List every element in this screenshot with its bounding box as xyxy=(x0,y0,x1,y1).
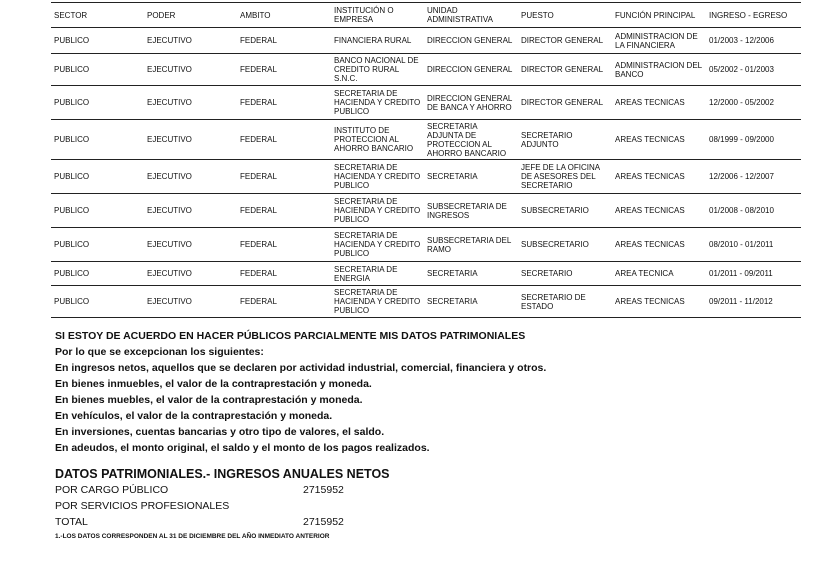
cell-poder: EJECUTIVO xyxy=(144,28,237,54)
cell-poder: EJECUTIVO xyxy=(144,286,237,318)
disclosure-line: En inversiones, cuentas bancarias y otro… xyxy=(55,424,546,440)
cell-unidad: SUBSECRETARIA DEL RAMO xyxy=(424,228,518,262)
cell-institucion: BANCO NACIONAL DE CREDITO RURAL S.N.C. xyxy=(331,54,424,86)
disclosure-line: En bienes inmuebles, el valor de la cont… xyxy=(55,376,546,392)
cell-institucion: SECRETARIA DE ENERGIA xyxy=(331,262,424,286)
cell-puesto: SECRETARIO DE ESTADO xyxy=(518,286,612,318)
cell-sector: PUBLICO xyxy=(51,160,144,194)
cell-poder: EJECUTIVO xyxy=(144,262,237,286)
cell-funcion: AREAS TECNICAS xyxy=(612,286,706,318)
cell-ingreso-egreso: 01/2003 - 12/2006 xyxy=(706,28,801,54)
cell-sector: PUBLICO xyxy=(51,86,144,120)
cell-ambito: FEDERAL xyxy=(237,28,331,54)
disclosure-line: En vehículos, el valor de la contraprest… xyxy=(55,408,546,424)
cell-unidad: SECRETARIA xyxy=(424,286,518,318)
income-row-cargo-publico: POR CARGO PÚBLICO 2715952 xyxy=(55,482,475,498)
cell-funcion: AREAS TECNICAS xyxy=(612,86,706,120)
table-row: PUBLICOEJECUTIVOFEDERALINSTITUTO DE PROT… xyxy=(51,120,801,160)
cell-sector: PUBLICO xyxy=(51,194,144,228)
header-puesto: PUESTO xyxy=(518,3,612,28)
income-label: POR CARGO PÚBLICO xyxy=(55,482,303,498)
cell-institucion: SECRETARIA DE HACIENDA Y CREDITO PUBLICO xyxy=(331,228,424,262)
cell-puesto: SUBSECRETARIO xyxy=(518,228,612,262)
cell-institucion: SECRETARIA DE HACIENDA Y CREDITO PUBLICO xyxy=(331,86,424,120)
cell-ambito: FEDERAL xyxy=(237,286,331,318)
header-unidad: UNIDAD ADMINISTRATIVA xyxy=(424,3,518,28)
cell-sector: PUBLICO xyxy=(51,262,144,286)
cell-unidad: SECRETARIA ADJUNTA DE PROTECCION AL AHOR… xyxy=(424,120,518,160)
table-row: PUBLICOEJECUTIVOFEDERALSECRETARIA DE HAC… xyxy=(51,160,801,194)
cell-puesto: SECRETARIO ADJUNTO xyxy=(518,120,612,160)
cell-unidad: DIRECCION GENERAL xyxy=(424,54,518,86)
cell-funcion: AREAS TECNICAS xyxy=(612,194,706,228)
income-label: POR SERVICIOS PROFESIONALES xyxy=(55,498,303,514)
cell-sector: PUBLICO xyxy=(51,120,144,160)
cell-funcion: AREA TECNICA xyxy=(612,262,706,286)
disclosure-line: Por lo que se excepcionan los siguientes… xyxy=(55,344,546,360)
header-institucion: INSTITUCIÓN O EMPRESA xyxy=(331,3,424,28)
cell-ingreso-egreso: 12/2006 - 12/2007 xyxy=(706,160,801,194)
income-title: DATOS PATRIMONIALES.- INGRESOS ANUALES N… xyxy=(55,466,475,482)
header-sector: SECTOR xyxy=(51,3,144,28)
employment-history: SECTOR PODER AMBITO INSTITUCIÓN O EMPRES… xyxy=(51,2,801,318)
cell-institucion: INSTITUTO DE PROTECCION AL AHORRO BANCAR… xyxy=(331,120,424,160)
header-poder: PODER xyxy=(144,3,237,28)
cell-ingreso-egreso: 12/2000 - 05/2002 xyxy=(706,86,801,120)
cell-puesto: JEFE DE LA OFICINA DE ASESORES DEL SECRE… xyxy=(518,160,612,194)
table-row: PUBLICOEJECUTIVOFEDERALSECRETARIA DE ENE… xyxy=(51,262,801,286)
cell-poder: EJECUTIVO xyxy=(144,228,237,262)
header-ambito: AMBITO xyxy=(237,3,331,28)
cell-ambito: FEDERAL xyxy=(237,194,331,228)
table-header-row: SECTOR PODER AMBITO INSTITUCIÓN O EMPRES… xyxy=(51,3,801,28)
cell-funcion: AREAS TECNICAS xyxy=(612,228,706,262)
cell-ambito: FEDERAL xyxy=(237,86,331,120)
table-row: PUBLICOEJECUTIVOFEDERALSECRETARIA DE HAC… xyxy=(51,286,801,318)
cell-institucion: FINANCIERA RURAL xyxy=(331,28,424,54)
cell-funcion: ADMINISTRACION DE LA FINANCIERA xyxy=(612,28,706,54)
cell-funcion: AREAS TECNICAS xyxy=(612,120,706,160)
cell-unidad: SECRETARIA xyxy=(424,160,518,194)
disclosure-line: En bienes muebles, el valor de la contra… xyxy=(55,392,546,408)
cell-unidad: DIRECCION GENERAL DE BANCA Y AHORRO xyxy=(424,86,518,120)
cell-ingreso-egreso: 05/2002 - 01/2003 xyxy=(706,54,801,86)
cell-ingreso-egreso: 01/2011 - 09/2011 xyxy=(706,262,801,286)
cell-sector: PUBLICO xyxy=(51,28,144,54)
cell-puesto: SECRETARIO xyxy=(518,262,612,286)
cell-poder: EJECUTIVO xyxy=(144,86,237,120)
disclosure-line: En adeudos, el monto original, el saldo … xyxy=(55,440,546,456)
header-ingreso-egreso: INGRESO - EGRESO xyxy=(706,3,801,28)
cell-institucion: SECRETARIA DE HACIENDA Y CREDITO PUBLICO xyxy=(331,194,424,228)
cell-puesto: DIRECTOR GENERAL xyxy=(518,54,612,86)
cell-ambito: FEDERAL xyxy=(237,120,331,160)
cell-puesto: SUBSECRETARIO xyxy=(518,194,612,228)
cell-institucion: SECRETARIA DE HACIENDA Y CREDITO PUBLICO xyxy=(331,286,424,318)
cell-ambito: FEDERAL xyxy=(237,262,331,286)
footnote: 1.-LOS DATOS CORRESPONDEN AL 31 DE DICIE… xyxy=(55,531,475,543)
disclosure-line: En ingresos netos, aquellos que se decla… xyxy=(55,360,546,376)
cell-funcion: ADMINISTRACION DEL BANCO xyxy=(612,54,706,86)
cell-poder: EJECUTIVO xyxy=(144,160,237,194)
disclosure-heading: SI ESTOY DE ACUERDO EN HACER PÚBLICOS PA… xyxy=(55,328,546,344)
cell-ambito: FEDERAL xyxy=(237,54,331,86)
cell-poder: EJECUTIVO xyxy=(144,54,237,86)
income-value: 2715952 xyxy=(303,514,344,530)
header-funcion: FUNCIÓN PRINCIPAL xyxy=(612,3,706,28)
cell-unidad: SUBSECRETARIA DE INGRESOS xyxy=(424,194,518,228)
table-row: PUBLICOEJECUTIVOFEDERALBANCO NACIONAL DE… xyxy=(51,54,801,86)
cell-poder: EJECUTIVO xyxy=(144,194,237,228)
cell-unidad: SECRETARIA xyxy=(424,262,518,286)
cell-ingreso-egreso: 09/2011 - 11/2012 xyxy=(706,286,801,318)
cell-ingreso-egreso: 01/2008 - 08/2010 xyxy=(706,194,801,228)
table-row: PUBLICOEJECUTIVOFEDERALFINANCIERA RURALD… xyxy=(51,28,801,54)
cell-puesto: DIRECTOR GENERAL xyxy=(518,86,612,120)
income-value: 2715952 xyxy=(303,482,344,498)
income-section: DATOS PATRIMONIALES.- INGRESOS ANUALES N… xyxy=(55,466,475,543)
cell-poder: EJECUTIVO xyxy=(144,120,237,160)
disclosure-notes: SI ESTOY DE ACUERDO EN HACER PÚBLICOS PA… xyxy=(55,328,546,456)
cell-ingreso-egreso: 08/2010 - 01/2011 xyxy=(706,228,801,262)
employment-table: SECTOR PODER AMBITO INSTITUCIÓN O EMPRES… xyxy=(51,2,801,318)
cell-puesto: DIRECTOR GENERAL xyxy=(518,28,612,54)
cell-sector: PUBLICO xyxy=(51,286,144,318)
income-label: TOTAL xyxy=(55,514,303,530)
cell-unidad: DIRECCION GENERAL xyxy=(424,28,518,54)
cell-funcion: AREAS TECNICAS xyxy=(612,160,706,194)
income-row-total: TOTAL 2715952 xyxy=(55,514,475,530)
cell-institucion: SECRETARIA DE HACIENDA Y CREDITO PUBLICO xyxy=(331,160,424,194)
table-row: PUBLICOEJECUTIVOFEDERALSECRETARIA DE HAC… xyxy=(51,194,801,228)
cell-ambito: FEDERAL xyxy=(237,228,331,262)
cell-sector: PUBLICO xyxy=(51,228,144,262)
income-row-servicios: POR SERVICIOS PROFESIONALES xyxy=(55,498,475,514)
table-row: PUBLICOEJECUTIVOFEDERALSECRETARIA DE HAC… xyxy=(51,86,801,120)
cell-ingreso-egreso: 08/1999 - 09/2000 xyxy=(706,120,801,160)
cell-sector: PUBLICO xyxy=(51,54,144,86)
table-row: PUBLICOEJECUTIVOFEDERALSECRETARIA DE HAC… xyxy=(51,228,801,262)
cell-ambito: FEDERAL xyxy=(237,160,331,194)
